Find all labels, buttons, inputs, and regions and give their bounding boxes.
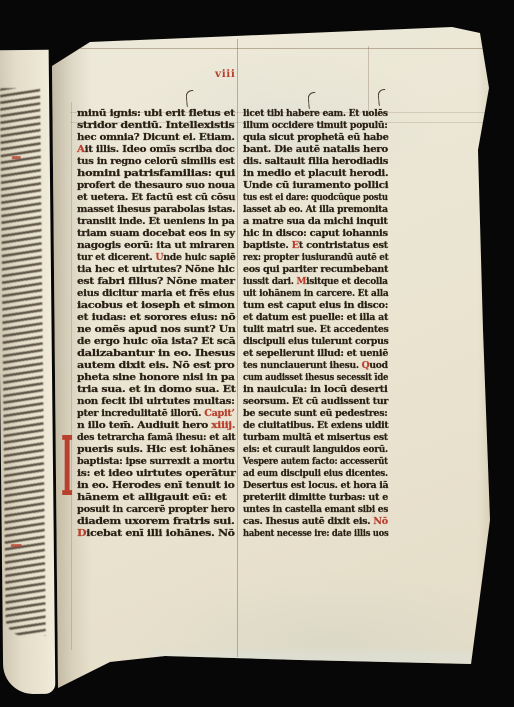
manuscript-text-line: tulit matri sue. Et accedentes [243, 324, 388, 336]
manuscript-text-line: is: et ideo uirtutes operātur [77, 468, 235, 480]
ruling-line-horizontal-top [80, 48, 486, 49]
manuscript-text-line: be secute sunt eū pedestres: [243, 408, 388, 420]
manuscript-text-line: pueris suis. Hic est iohānes [77, 444, 235, 456]
ruling-line-vertical-center [237, 39, 238, 657]
text-column-right: licet tibi habere eam. Et uolēsillum occ… [243, 108, 388, 540]
manuscript-text-line: stridor dentiū. Intellexistis [77, 120, 234, 132]
facing-page-edge [0, 50, 55, 695]
manuscript-text-line: Desertus est locus. et hora iā [243, 480, 388, 492]
manuscript-text-line: tes nunciauerunt ihesu. Quod [243, 360, 388, 372]
manuscript-text-line: triam suam docebat eos in sy [77, 228, 235, 240]
manuscript-text-line: tur et dicerent. Unde huic sapiē [77, 252, 235, 264]
manuscript-text-line: a matre sua da michi inquit [243, 216, 388, 228]
manuscript-text-line: Unde cū iuramento pollici [243, 180, 388, 192]
page-edge-shading [478, 27, 496, 667]
manuscript-text-line: tum est caput eius in disco: [243, 300, 388, 312]
chapter-initial-I: I [61, 424, 73, 510]
manuscript-text-line: turbam multā et misertus est [243, 432, 388, 444]
ascender-flourish [307, 92, 316, 109]
manuscript-text-line: eos qui pariter recumbebant [243, 264, 388, 276]
manuscript-text-line: hic in disco: caput iohannis [243, 228, 388, 240]
manuscript-text-line: est fabri filius? Nōne mater [77, 276, 235, 288]
manuscript-text-line: nagogis eorū: ita ut miraren [77, 240, 234, 252]
manuscript-text-line: baptista: ipse surrexit a mortu [77, 456, 235, 468]
manuscript-text-line: minū ignis: ubi erit fletus et [77, 108, 235, 120]
manuscript-text-line: iussit dari. Misitque et decolla [243, 276, 388, 288]
manuscript-text-line: non fecit ibi uirtutes multas: [77, 396, 235, 408]
manuscript-text-line: quia sicut prophetā eū habe [243, 132, 388, 144]
manuscript-text-line: Dicebat enī illi iohānes. Nō [77, 528, 235, 540]
manuscript-text-line: bant. Die autē natalis hero [243, 144, 388, 156]
facing-page-rubric-fleck [12, 156, 21, 159]
text-column-left: minū ignis: ubi erit fletus etstridor de… [77, 108, 235, 540]
manuscript-text-line: eius dicitur maria et frēs eius [77, 288, 235, 300]
manuscript-text-line: autem dixit eis. Nō est pro [77, 360, 234, 372]
manuscript-text-line: et iudas: et sorores eius: nō [77, 312, 235, 324]
ascender-flourish [185, 90, 194, 107]
manuscript-text-line: pheta sine honore nisi in pa [77, 372, 235, 384]
manuscript-text-line: ad eum discipuli eius dicentes. [243, 468, 388, 480]
manuscript-text-line: ne omēs apud nos sunt? Un [77, 324, 235, 336]
manuscript-text-line: de ergo huic oīa ista? Et scā [77, 336, 235, 348]
manuscript-text-line: Vespere autem facto: accesserūt [243, 456, 388, 468]
facing-page-rubric-fleck [11, 544, 22, 547]
manuscript-text-line: masset ihesus parabolas istas. [77, 204, 235, 216]
manuscript-text-line: discipuli eius tulerunt corpus [243, 336, 388, 348]
manuscript-text-line: et uetera. Et factū est cū cōsu [77, 192, 235, 204]
manuscript-text-line: dis. saltauit filia herodiadis [243, 156, 388, 168]
manuscript-text-line: et datum est puelle: et illa at [243, 312, 388, 324]
manuscript-text-line: eis: et curauit languidos eorū. [243, 444, 388, 456]
manuscript-text-line: tus est ei dare: quodcūque postu [243, 192, 388, 204]
manuscript-text-line: diadem uxorem fratris sui. [77, 516, 234, 528]
manuscript-text-line: dalizabantur in eo. Ihesus [77, 348, 235, 360]
manuscript-photograph: viii minū ignis: ubi erit fletus etstrid… [0, 0, 514, 707]
manuscript-text-line: hec omnia? Dicunt ei. Etiam. [77, 132, 235, 144]
manuscript-text-line: et sepelierunt illud: et ueniē [243, 348, 388, 360]
manuscript-text-line: uit iohānem in carcere. Et alla [243, 288, 388, 300]
manuscript-text-line: habent necesse ire: date illis uos [243, 528, 388, 540]
manuscript-text-line: tus in regno celorū similis est [77, 156, 235, 168]
ruling-line-vertical-right [368, 46, 369, 116]
manuscript-text-line: licet tibi habere eam. Et uolēs [243, 108, 388, 120]
manuscript-text-line: tia hec et uirtutes? Nōne hic [77, 264, 235, 276]
manuscript-text-line: pter incredulitatē illorū. Capit’ [77, 408, 235, 420]
manuscript-text-line: cas. Ihesus autē dixit eis. Nō [243, 516, 388, 528]
ruling-line-vertical-left [71, 102, 72, 650]
ascender-flourish [377, 89, 386, 106]
manuscript-text-line: in eo. Herodes enī tenuit io [77, 480, 235, 492]
running-number: viii [215, 68, 235, 80]
facing-page-text-lines [0, 88, 46, 636]
manuscript-text-line: de ciuitatibus. Et exiens uidit [243, 420, 388, 432]
parchment-sheen [150, 651, 484, 665]
manuscript-text-line: lasset ab eo. At illa premonita [243, 204, 388, 216]
manuscript-text-line: seorsum. Et cū audissent tur [243, 396, 388, 408]
manuscript-text-line: in medio et placuit herodi. [243, 168, 388, 180]
manuscript-text-line: rex: propter iusiurandū autē et [243, 252, 388, 264]
manuscript-text-line: transiit inde. Et ueniens in pa [77, 216, 234, 228]
manuscript-page: viii minū ignis: ubi erit fletus etstrid… [0, 0, 514, 707]
manuscript-text-line: des tetrarcha famā ihesu: et ait [77, 432, 235, 444]
manuscript-text-line: profert de thesauro suo noua [77, 180, 235, 192]
manuscript-text-line: iacobus et ioseph et simon [77, 300, 235, 312]
manuscript-text-line: in nauicula: in locū deserti [243, 384, 388, 396]
manuscript-text-line: illum occidere timuit populū: [243, 120, 388, 132]
manuscript-text-line: tria sua. et in domo sua. Et [77, 384, 235, 396]
manuscript-text-line: posuit in carcerē propter hero [77, 504, 235, 516]
manuscript-text-line: n illo tem̄. Audiuit hero xiiij. [77, 420, 235, 432]
manuscript-text-line: cum audisset ihesus secessit īde [243, 372, 388, 384]
manuscript-text-line: Ait illis. Ideo omīs scriba doc [77, 144, 235, 156]
manuscript-text-line: preteriit dimitte turbas: ut e [243, 492, 388, 504]
manuscript-text-line: baptiste. Et contristatus est [243, 240, 388, 252]
manuscript-text-line: hānem et alligauit eū: et [77, 492, 227, 504]
manuscript-text-line: homini patrisfamilias: qui [77, 168, 235, 180]
manuscript-text-line: untes in castella emant sibi es [243, 504, 388, 516]
